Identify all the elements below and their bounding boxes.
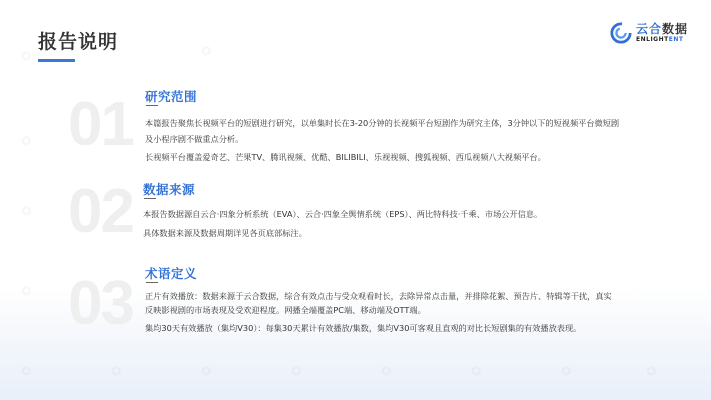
scope-paragraph-3: 长视频平台覆盖爱奇艺、芒果TV、腾讯视频、优酷、BILIBILI、乐视视频、搜狐…	[145, 151, 675, 163]
section-title-data-source: 数据来源	[143, 180, 195, 198]
terms-paragraph-3: 集均30天有效播放（集均V30）：每集30天累计有效播放/集数，集均V30可客观…	[145, 322, 675, 334]
section-rule	[146, 282, 158, 283]
watermark-icon	[379, 346, 426, 379]
source-paragraph-2: 具体数据来源及数据周期详见各页底部标注。	[143, 227, 673, 239]
enlightent-logo-icon	[610, 22, 632, 44]
scope-paragraph-1: 本篇报告聚焦长视频平台的短剧进行研究，以单集时长在3-20分钟的长视频平台短剧作…	[145, 117, 675, 129]
source-paragraph-1: 本报告数据源自云合·四象分析系统（EVA）、云合·四象全舆情系统（EPS）、两比…	[143, 208, 673, 220]
section-number-02: 02	[68, 181, 133, 243]
watermark-icon	[199, 346, 246, 379]
logo-cn-part1: 云合	[636, 22, 662, 36]
section-rule	[146, 105, 158, 106]
watermark-icon	[559, 346, 606, 379]
watermark-icon	[19, 266, 66, 299]
section-title-terms: 术语定义	[145, 264, 197, 282]
section-number-03: 03	[68, 273, 133, 335]
logo-en-part2: ENT	[669, 36, 684, 43]
watermark-icon	[19, 346, 66, 379]
watermark-icon	[199, 26, 246, 59]
logo-cn-part2: 数据	[662, 22, 688, 36]
section-title-scope: 研究范围	[145, 87, 197, 105]
watermark-icon	[19, 116, 66, 149]
section-number-01: 01	[68, 94, 133, 156]
watermark-icon	[644, 346, 691, 379]
page-title: 报告说明	[38, 27, 118, 54]
terms-paragraph-2: 反映影视剧的市场表现及受欢迎程度。网播全端覆盖PC端、移动端及OTT端。	[145, 304, 675, 316]
watermark-icon	[289, 346, 336, 379]
section-rule	[144, 198, 156, 199]
logo-en-part1: ENLIGHT	[636, 36, 669, 43]
brand-logo: 云合数据 ENLIGHTENT	[610, 22, 688, 44]
terms-paragraph-1: 正片有效播放：数据来源于云合数据，综合有效点击与受众观看时长，去除异常点击量，并…	[145, 290, 675, 302]
watermark-icon	[19, 186, 66, 219]
watermark-icon	[109, 346, 156, 379]
watermark-icon	[469, 346, 516, 379]
scope-paragraph-2: 及小程序剧不做重点分析。	[145, 133, 675, 145]
title-underline	[38, 59, 75, 62]
